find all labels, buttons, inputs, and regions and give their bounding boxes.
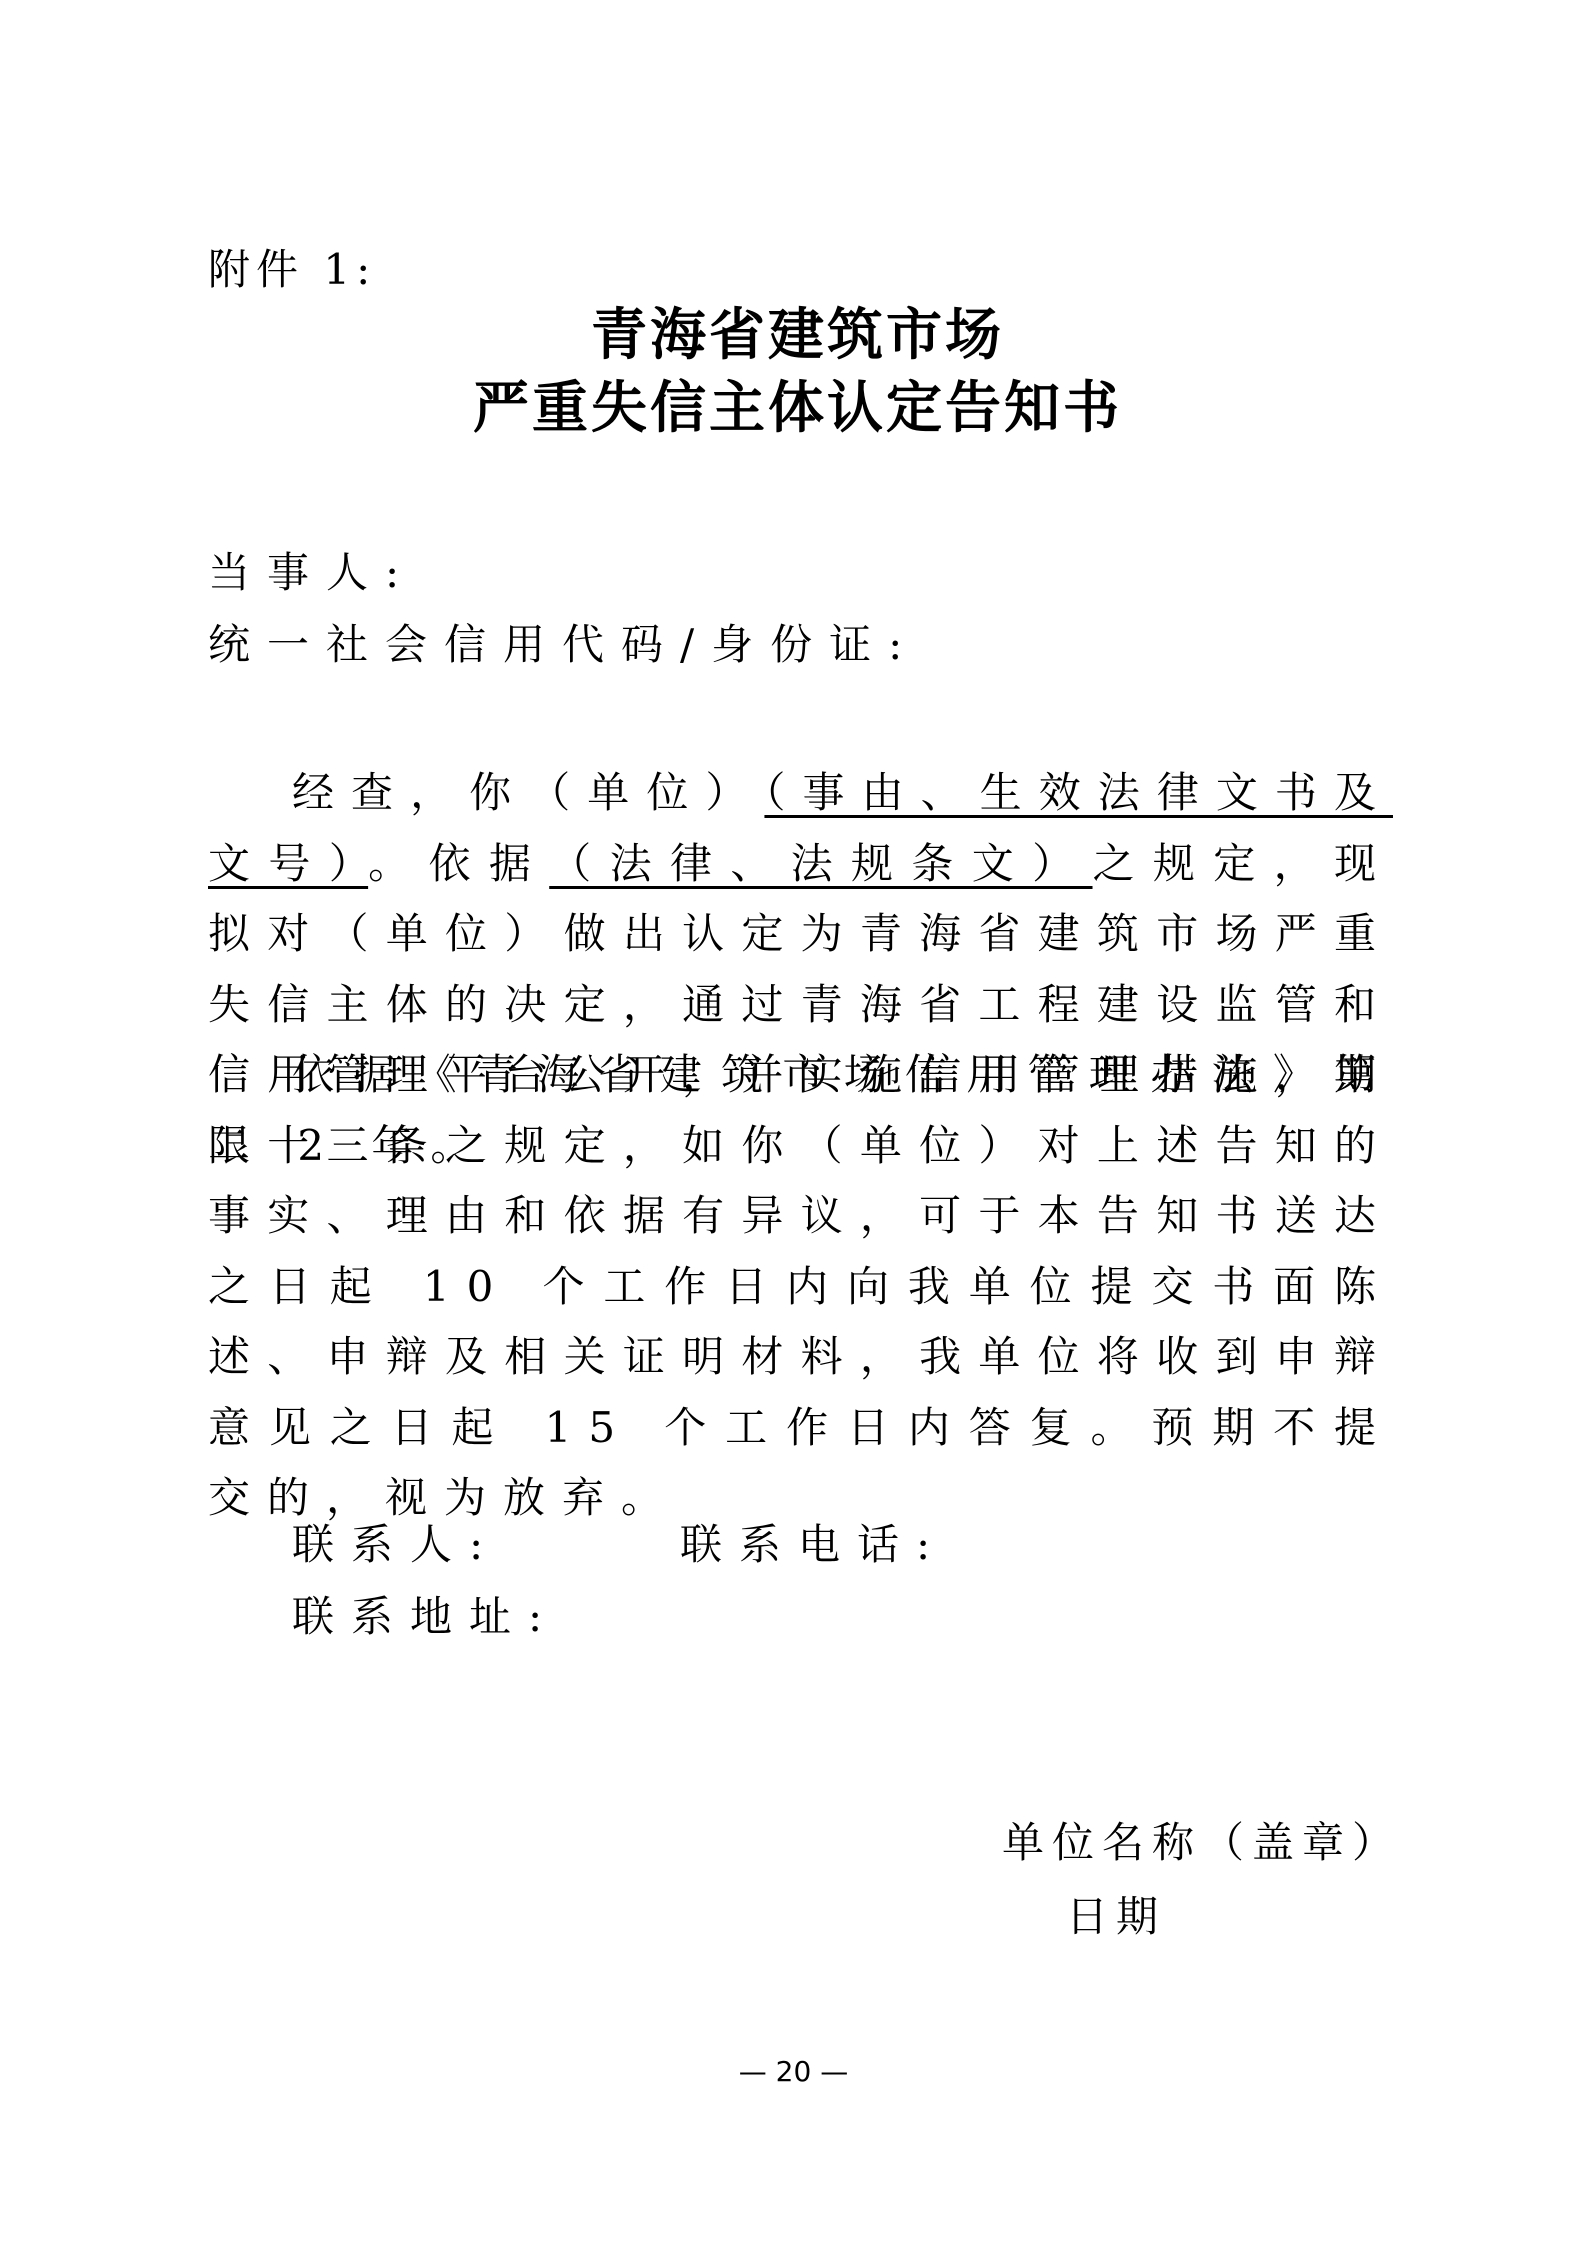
date-label: 日期	[1066, 1882, 1166, 1953]
unit-name-seal-label: 单位名称（盖章）	[1002, 1808, 1402, 1879]
credit-code-field-label: 统一社会信用代码/身份证:	[208, 610, 919, 681]
legal-basis-placeholder-underlined: （法律、法规条文）	[549, 839, 1092, 888]
attachment-label: 附件 1:	[208, 240, 376, 300]
page-number: — 20 —	[0, 2052, 1587, 2092]
document-title-line1: 青海省建筑市场	[0, 300, 1587, 370]
party-field-label: 当事人:	[208, 538, 416, 609]
notice-paragraph-2: 依据《青海省建筑市场信用管理办法》第二十三条之规定，如你（单位）对上述告知的事实…	[208, 1040, 1393, 1534]
paragraph1-text-a: 经查，你（单位）	[292, 768, 764, 817]
document-page: 附件 1: 青海省建筑市场 严重失信主体认定告知书 当事人: 统一社会信用代码/…	[0, 0, 1587, 2245]
paragraph1-text-b: 。依据	[368, 839, 549, 888]
contact-person-label: 联系人:	[292, 1510, 500, 1581]
document-title-line2: 严重失信主体认定告知书	[0, 373, 1587, 443]
contact-phone-label: 联系电话:	[680, 1510, 947, 1581]
contact-address-label: 联系地址:	[292, 1582, 559, 1653]
